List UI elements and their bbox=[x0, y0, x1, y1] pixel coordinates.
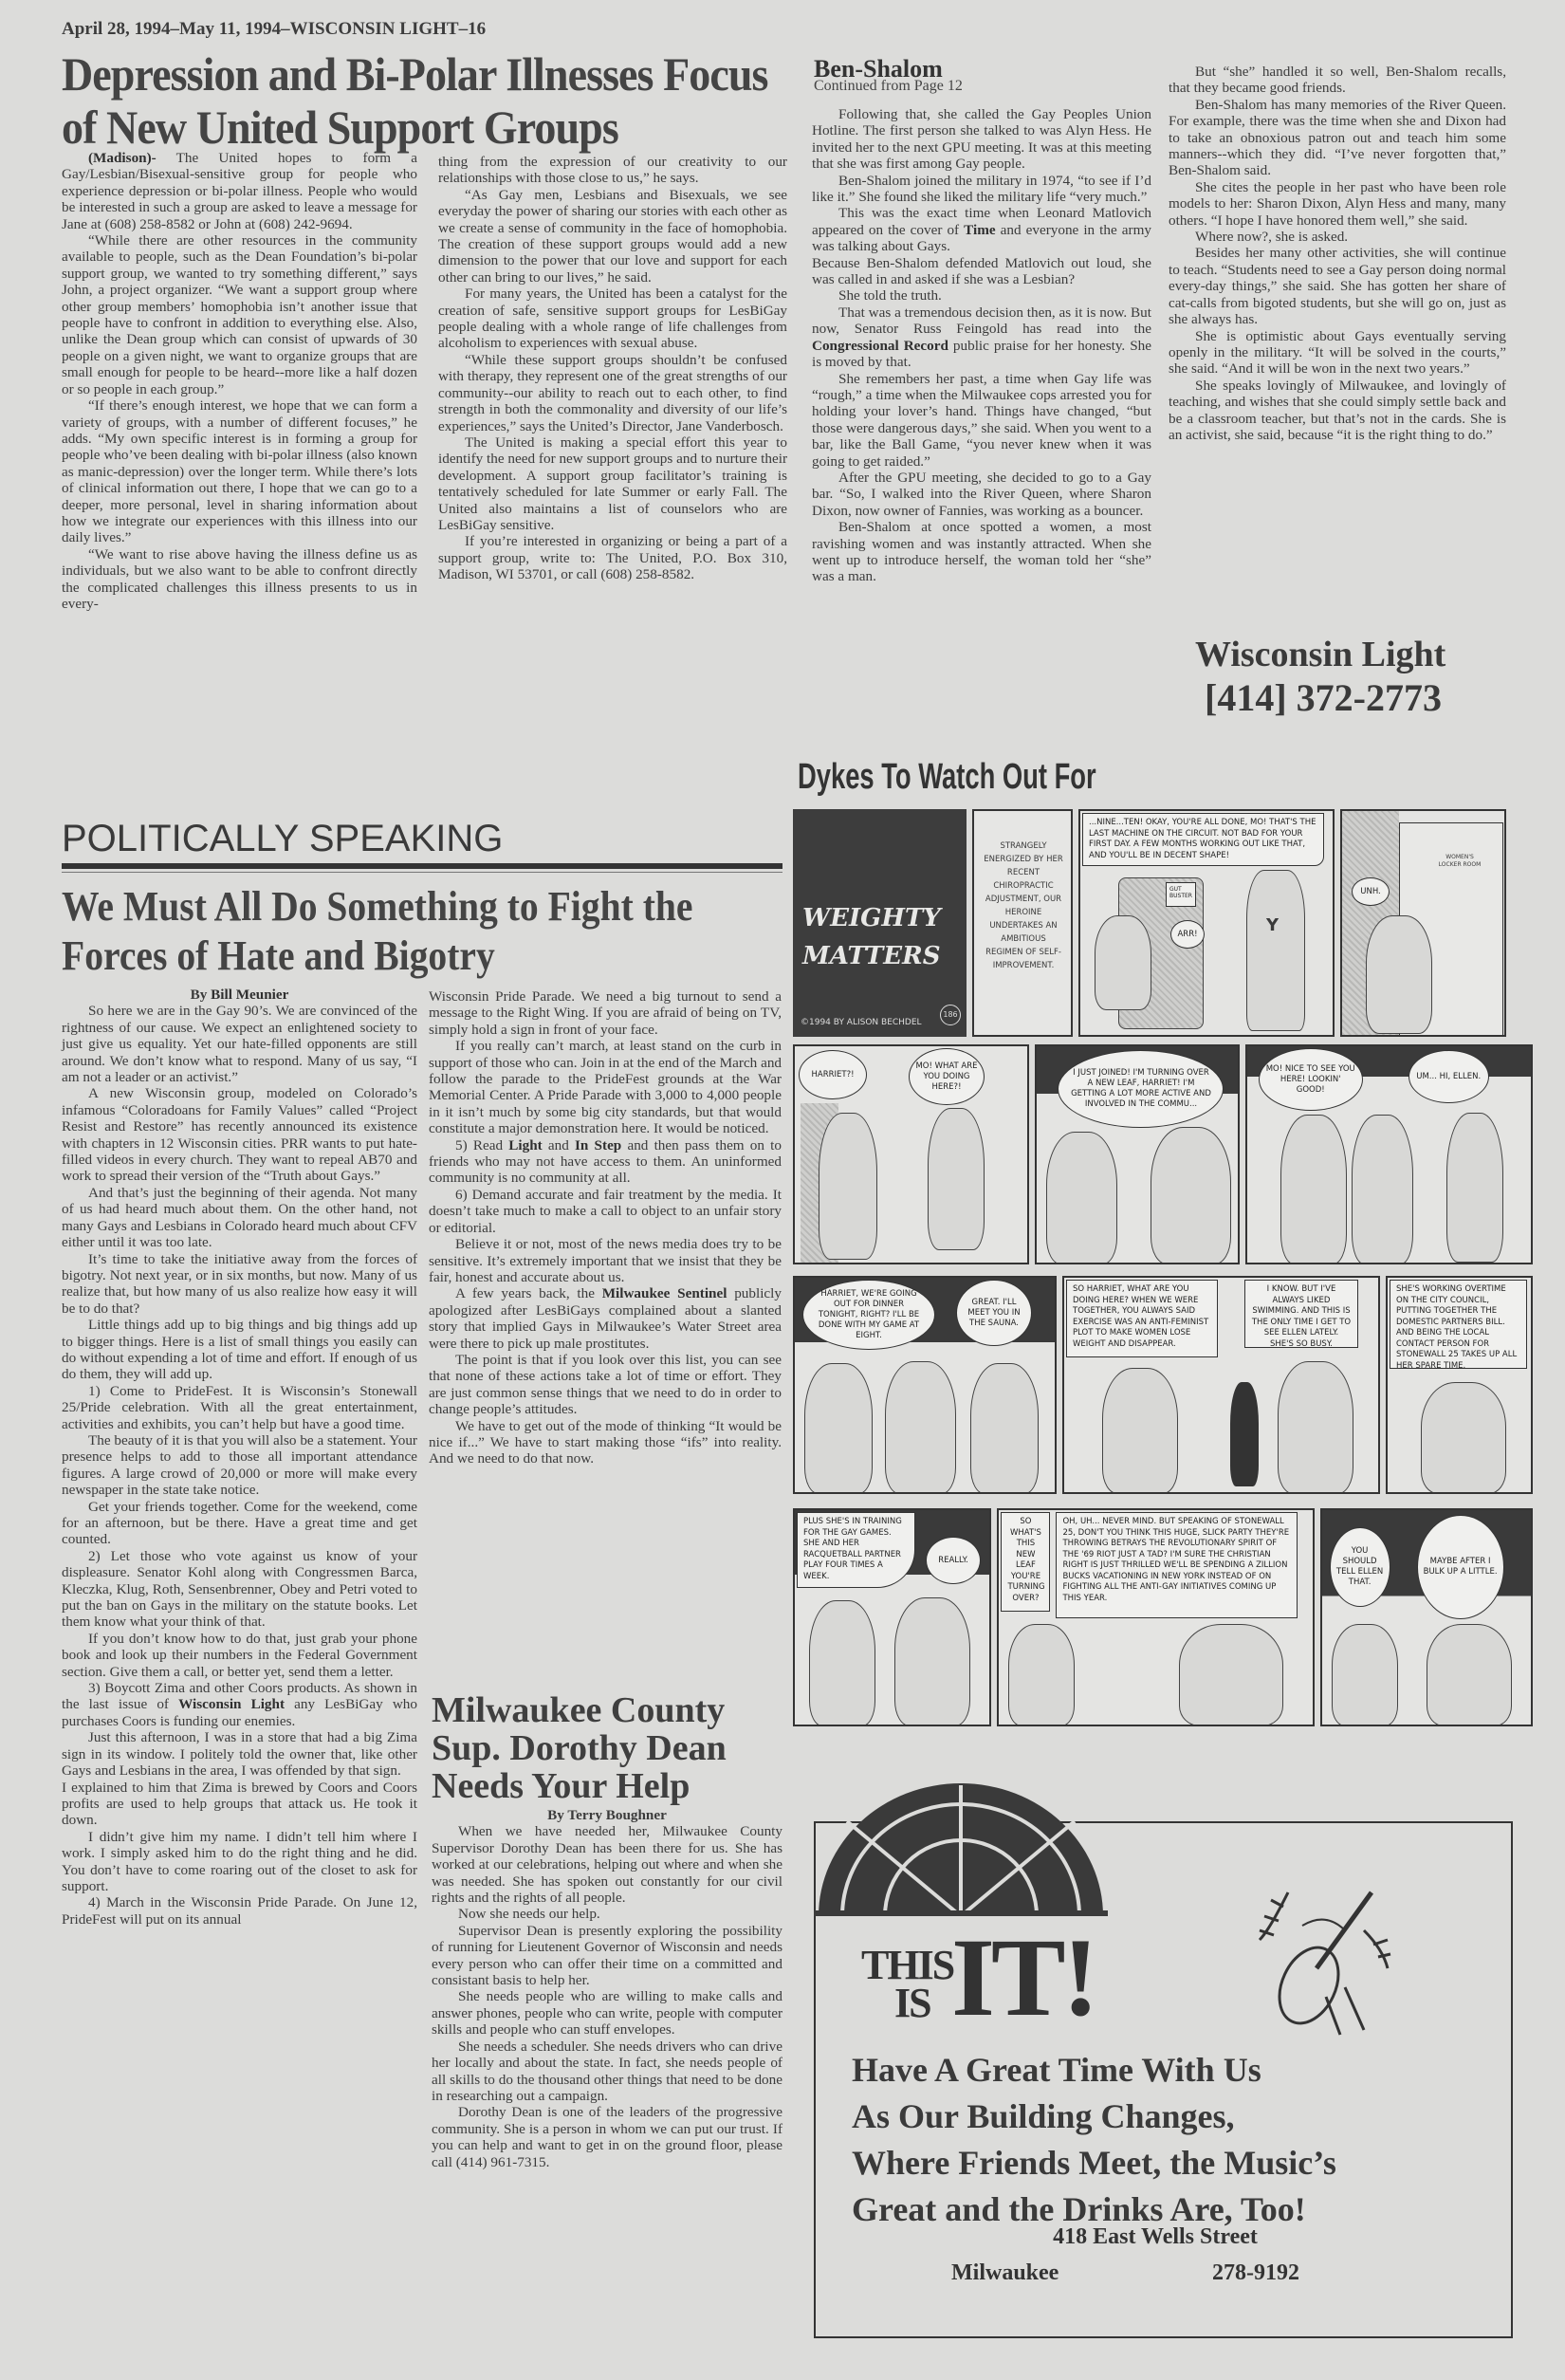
paragraph: “While there are other resources in the … bbox=[62, 232, 417, 397]
speech-ellen-dinner: HARRIET, WE'RE GOING OUT FOR DINNER TONI… bbox=[802, 1280, 935, 1350]
harriet-figure bbox=[885, 1361, 956, 1494]
paragraph: 1) Come to PrideFest. It is Wisconsin’s … bbox=[62, 1383, 417, 1432]
text-run: Believe it or not, most of the news medi… bbox=[429, 1236, 782, 1285]
text-run: thing from the expression of our creativ… bbox=[438, 154, 787, 186]
mo-figure bbox=[1179, 1624, 1283, 1726]
this-is-it-advertisement: THIS IS IT! Have A Great Time With Us As… bbox=[804, 1783, 1544, 2343]
dorothy-dean-article: By Terry Boughner When we have needed he… bbox=[432, 1807, 782, 2170]
byline: By Bill Meunier bbox=[62, 987, 417, 1003]
trainer-shirt-letter: Y bbox=[1266, 915, 1279, 935]
text-run: If you don’t know how to do that, just g… bbox=[62, 1631, 417, 1680]
section-rule bbox=[62, 863, 782, 869]
paragraph: “We want to rise above having the illnes… bbox=[62, 546, 417, 613]
depression-article-column-1: (Madison)- The United hopes to form a Ga… bbox=[62, 150, 417, 612]
paragraph: Following that, she called the Gay Peopl… bbox=[812, 106, 1151, 173]
harriet-figure bbox=[1278, 1361, 1353, 1494]
ad-tagline: Have A Great Time With Us As Our Buildin… bbox=[852, 2047, 1336, 2233]
bold-text: Wisconsin Light bbox=[178, 1696, 285, 1712]
paragraph: A few years back, the Milwaukee Sentinel… bbox=[429, 1285, 782, 1352]
text-run: Besides her many other activities, she w… bbox=[1169, 245, 1506, 327]
speech-harriet-sauna: GREAT. I'LL MEET YOU IN THE SAUNA. bbox=[956, 1280, 1032, 1346]
byline-prefix: By bbox=[191, 987, 212, 1003]
harriet-figure bbox=[928, 1108, 985, 1250]
text-run: 6) Demand accurate and fair treatment by… bbox=[429, 1187, 782, 1236]
mo-unh-bubble: UNH. bbox=[1352, 877, 1390, 906]
mo-figure bbox=[809, 1600, 875, 1726]
section-rule-thin bbox=[62, 872, 782, 873]
tagline-line-2: As Our Building Changes, bbox=[852, 2094, 1336, 2140]
paragraph: 5) Read Light and In Step and then pass … bbox=[429, 1137, 782, 1187]
text-run: Ben-Shalom has many memories of the Rive… bbox=[1169, 97, 1506, 179]
speech-harriet-swimming: I KNOW. BUT I'VE ALWAYS LIKED SWIMMING. … bbox=[1244, 1280, 1358, 1348]
paragraph: 3) Boycott Zima and other Coors products… bbox=[62, 1680, 417, 1729]
harriet-figure bbox=[1332, 1624, 1398, 1726]
text-run: For many years, the United has been a ca… bbox=[438, 286, 787, 351]
comic-title-panel: WEIGHTYMATTERS ©1994 BY ALISON BECHDEL 1… bbox=[793, 809, 967, 1037]
depression-headline: Depression and Bi-Polar Illnesses Focus … bbox=[62, 47, 786, 154]
paragraph: Little things add up to big things and b… bbox=[62, 1317, 417, 1383]
text-run: “We want to rise above having the illnes… bbox=[62, 546, 417, 612]
text-run: 4) March in the Wisconsin Pride Parade. … bbox=[62, 1894, 417, 1927]
paragraph: Wisconsin Pride Parade. We need a big tu… bbox=[429, 988, 782, 1038]
paragraph: Ben-Shalom joined the military in 1974, … bbox=[812, 173, 1151, 206]
comic-locker-door-panel: WOMEN'S LOCKER ROOM UNH. bbox=[1340, 809, 1506, 1037]
text-run: I didn’t give him my name. I didn’t tell… bbox=[62, 1829, 417, 1894]
paragraph: (Madison)- The United hopes to form a Ga… bbox=[62, 150, 417, 232]
ben-shalom-continued-note: Continued from Page 12 bbox=[814, 78, 963, 95]
paragraph: When we have needed her, Milwaukee Count… bbox=[432, 1823, 782, 1906]
paragraph: That was a tremendous decision then, as … bbox=[812, 304, 1151, 371]
trainer-speech: ...NINE...TEN! OKAY, YOU'RE ALL DONE, MO… bbox=[1082, 813, 1324, 866]
paragraph: She needs a scheduler. She needs drivers… bbox=[432, 2039, 782, 2105]
harriet-figure bbox=[1008, 1624, 1075, 1726]
text-run: Supervisor Dean is presently exploring t… bbox=[432, 1923, 782, 1988]
paragraph: If you really can’t march, at least stan… bbox=[429, 1038, 782, 1136]
paragraph: The beauty of it is that you will also b… bbox=[62, 1432, 417, 1499]
paragraph: Get your friends together. Come for the … bbox=[62, 1499, 417, 1548]
ad-phone: 278-9192 bbox=[1212, 2260, 1299, 2286]
mo-exhausted-figure bbox=[1366, 915, 1432, 1034]
text-run: and bbox=[543, 1137, 575, 1153]
paragraph: “While these support groups shouldn’t be… bbox=[438, 352, 787, 434]
text-run: “While these support groups shouldn’t be… bbox=[438, 352, 787, 434]
page-folio: April 28, 1994–May 11, 1994–WISCONSIN LI… bbox=[62, 19, 486, 40]
wisconsin-light-phone: [414] 372-2773 bbox=[1205, 675, 1442, 720]
trainer-figure bbox=[1246, 870, 1305, 1031]
harriet-arms-crossed-figure bbox=[1151, 1127, 1231, 1264]
paragraph: Ben-Shalom has many memories of the Rive… bbox=[1169, 97, 1506, 179]
bold-text: (Madison)- bbox=[88, 150, 156, 166]
paragraph: This was the exact time when Leonard Mat… bbox=[812, 205, 1151, 254]
speech-mo-joined: I JUST JOINED! I'M TURNING OVER A NEW LE… bbox=[1058, 1050, 1224, 1128]
text-run: Where now?, she is asked. bbox=[1195, 229, 1348, 245]
paragraph: Where now?, she is asked. bbox=[1169, 229, 1506, 245]
paragraph: “If there’s enough interest, we hope tha… bbox=[62, 397, 417, 546]
comic-copyright: ©1994 BY ALISON BECHDEL bbox=[801, 1018, 922, 1027]
episode-title-line-1: WEIGHTY bbox=[802, 899, 941, 937]
door-sign: WOMEN'S LOCKER ROOM bbox=[1437, 854, 1482, 869]
paragraph: 2) Let those who vote against us know of… bbox=[62, 1548, 417, 1631]
politically-speaking-column-1: By Bill Meunier So here we are in the Ga… bbox=[62, 987, 417, 1928]
paragraph: She speaks lovingly of Milwaukee, and lo… bbox=[1169, 378, 1506, 444]
text-run: If you’re interested in organizing or be… bbox=[438, 533, 787, 582]
mo-figure bbox=[970, 1363, 1039, 1494]
text-run: That was a tremendous decision then, as … bbox=[812, 304, 1151, 337]
mo-figure bbox=[819, 1113, 877, 1260]
politically-speaking-column-2: Wisconsin Pride Parade. We need a big tu… bbox=[429, 988, 782, 1467]
tagline-line-1: Have A Great Time With Us bbox=[852, 2047, 1336, 2094]
mo-figure bbox=[1102, 1368, 1178, 1494]
speech-mo-question: SO HARRIET, WHAT ARE YOU DOING HERE? WHE… bbox=[1066, 1280, 1218, 1357]
text-run: Ben-Shalom at once spotted a women, a mo… bbox=[812, 519, 1151, 584]
comic-panel-4-1: PLUS SHE'S IN TRAINING FOR THE GAY GAMES… bbox=[793, 1508, 991, 1726]
speech-harriet-mo: MO! WHAT ARE YOU DOING HERE?! bbox=[909, 1048, 985, 1105]
text-run: The beauty of it is that you will also b… bbox=[62, 1432, 417, 1498]
paragraph: She cites the people in her past who hav… bbox=[1169, 179, 1506, 229]
politically-speaking-headline: We Must All Do Something to Fight the Fo… bbox=[62, 882, 727, 981]
ad-address: 418 East Wells Street bbox=[804, 2224, 1506, 2250]
depression-article-column-2: thing from the expression of our creativ… bbox=[438, 154, 787, 583]
logo-it: IT! bbox=[951, 1926, 1095, 2030]
dorothy-dean-headline: Milwaukee County Sup. Dorothy Dean Needs… bbox=[432, 1691, 782, 1805]
wisconsin-light-name: Wisconsin Light bbox=[1195, 634, 1445, 675]
speech-ellen: MO! NICE TO SEE YOU HERE! LOOKIN' GOOD! bbox=[1259, 1048, 1363, 1111]
text-run: But “she” handled it so well, Ben-Shalom… bbox=[1169, 64, 1506, 96]
text-run: 1) Come to PrideFest. It is Wisconsin’s … bbox=[62, 1383, 417, 1432]
paragraph: We have to get out of the mode of thinki… bbox=[429, 1418, 782, 1467]
comic-row-2: HARRIET?! MO! WHAT ARE YOU DOING HERE?! … bbox=[793, 1044, 1533, 1264]
text-run: Dorothy Dean is one of the leaders of th… bbox=[432, 2104, 782, 2169]
text-run: 5) Read bbox=[455, 1137, 508, 1153]
paragraph: She remembers her past, a time when Gay … bbox=[812, 371, 1151, 470]
paragraph: If you’re interested in organizing or be… bbox=[438, 533, 787, 582]
text-run: Now she needs our help. bbox=[458, 1906, 600, 1922]
comic-panel-4-2: SO WHAT'S THIS NEW LEAF YOU'RE TURNING O… bbox=[997, 1508, 1314, 1726]
comic-gym-panel: ...NINE...TEN! OKAY, YOU'RE ALL DONE, MO… bbox=[1078, 809, 1335, 1037]
comic-panel-4-3: YOU SHOULD TELL ELLEN THAT. MAYBE AFTER … bbox=[1320, 1508, 1533, 1726]
paragraph: It’s time to take the initiative away fr… bbox=[62, 1251, 417, 1318]
mo-figure bbox=[1095, 915, 1151, 1010]
paragraph: Besides her many other activities, she w… bbox=[1169, 245, 1506, 327]
text-run: Wisconsin Pride Parade. We need a big tu… bbox=[429, 988, 782, 1038]
paragraph: 6) Demand accurate and fair treatment by… bbox=[429, 1187, 782, 1236]
speech-harriet-tell-ellen: YOU SHOULD TELL ELLEN THAT. bbox=[1330, 1527, 1390, 1607]
comic-row-1: WEIGHTYMATTERS ©1994 BY ALISON BECHDEL 1… bbox=[793, 809, 1533, 1037]
paragraph: The United is making a special effort th… bbox=[438, 434, 787, 533]
bold-text: Light bbox=[508, 1137, 542, 1153]
text-run: Get your friends together. Come for the … bbox=[62, 1499, 417, 1548]
paragraph: Dorothy Dean is one of the leaders of th… bbox=[432, 2104, 782, 2170]
text-run: Little things add up to big things and b… bbox=[62, 1317, 417, 1382]
text-run: She needs people who are willing to make… bbox=[432, 1988, 782, 2038]
text-run: After the GPU meeting, she decided to go… bbox=[812, 470, 1151, 519]
text-run: When we have needed her, Milwaukee Count… bbox=[432, 1823, 782, 1906]
text-run: She cites the people in her past who hav… bbox=[1169, 179, 1506, 229]
text-run: “If there’s enough interest, we hope tha… bbox=[62, 397, 417, 545]
text-run: Ben-Shalom joined the military in 1974, … bbox=[812, 173, 1151, 205]
paragraph: For many years, the United has been a ca… bbox=[438, 286, 787, 352]
paragraph: She is optimistic about Gays eventually … bbox=[1169, 328, 1506, 378]
speech-harriet-new-leaf: SO WHAT'S THIS NEW LEAF YOU'RE TURNING O… bbox=[1001, 1512, 1050, 1612]
text-run: The United is making a special effort th… bbox=[438, 434, 787, 533]
paragraph: After the GPU meeting, she decided to go… bbox=[812, 470, 1151, 519]
paragraph: But “she” handled it so well, Ben-Shalom… bbox=[1169, 64, 1506, 97]
comic-series-title: Dykes To Watch Out For bbox=[798, 757, 1096, 798]
speech-mo-really: REALLY. bbox=[926, 1537, 981, 1584]
text-run: I explained to him that Zima is brewed b… bbox=[62, 1780, 417, 1829]
episode-number: 186 bbox=[940, 1005, 961, 1025]
paragraph: The point is that if you look over this … bbox=[429, 1352, 782, 1418]
mo-figure bbox=[1446, 1113, 1503, 1263]
episode-title-line-2: MATTERS bbox=[802, 937, 941, 975]
comic-caption-panel: STRANGELY ENERGIZED BY HER RECENT CHIROP… bbox=[972, 809, 1073, 1037]
text-run: Because Ben-Shalom defended Matlovich ou… bbox=[812, 255, 1151, 287]
silhouette-figure bbox=[1230, 1382, 1259, 1486]
comic-panel-3-1: HARRIET, WE'RE GOING OUT FOR DINNER TONI… bbox=[793, 1276, 1057, 1494]
paragraph: Believe it or not, most of the news medi… bbox=[429, 1236, 782, 1285]
text-run: The point is that if you look over this … bbox=[429, 1352, 782, 1417]
harriet-figure bbox=[1421, 1382, 1506, 1494]
bold-text: Congressional Record bbox=[812, 338, 948, 354]
paragraph: 4) March in the Wisconsin Pride Parade. … bbox=[62, 1894, 417, 1928]
comic-panel-2-2: I JUST JOINED! I'M TURNING OVER A NEW LE… bbox=[1035, 1044, 1239, 1264]
paragraph: So here we are in the Gay 90’s. We are c… bbox=[62, 1003, 417, 1085]
newspaper-page: April 28, 1994–May 11, 1994–WISCONSIN LI… bbox=[0, 0, 1565, 2380]
caption-ellen-busy: SHE'S WORKING OVERTIME ON THE CITY COUNC… bbox=[1390, 1280, 1527, 1369]
byline-author: Bill Meunier bbox=[211, 987, 288, 1003]
mandolin-laurel-icon bbox=[1250, 1873, 1392, 2039]
text-run: If you really can’t march, at least stan… bbox=[429, 1038, 782, 1136]
text-run: “While there are other resources in the … bbox=[62, 232, 417, 397]
speech-mo-bulk-up: MAYBE AFTER I BULK UP A LITTLE. bbox=[1417, 1515, 1504, 1619]
paragraph: Ben-Shalom at once spotted a women, a mo… bbox=[812, 519, 1151, 585]
text-run: Just this afternoon, I was in a store th… bbox=[62, 1729, 417, 1779]
speech-mo-um: UM... HI, ELLEN. bbox=[1408, 1050, 1489, 1103]
comic-panel-2-3: MO! NICE TO SEE YOU HERE! LOOKIN' GOOD! … bbox=[1245, 1044, 1533, 1264]
speech-harriet-gay-games: PLUS SHE'S IN TRAINING FOR THE GAY GAMES… bbox=[797, 1512, 915, 1588]
mo-towel-figure bbox=[1046, 1132, 1117, 1264]
mo-grunt-bubble: ARR! bbox=[1170, 920, 1205, 949]
section-title-politically-speaking: POLITICALLY SPEAKING bbox=[62, 818, 503, 860]
text-run: It’s time to take the initiative away fr… bbox=[62, 1251, 417, 1317]
ben-shalom-column-2: But “she” handled it so well, Ben-Shalom… bbox=[1169, 64, 1506, 443]
paragraph: Just this afternoon, I was in a store th… bbox=[62, 1729, 417, 1779]
arched-window-icon bbox=[814, 1783, 1108, 1916]
bold-text: Milwaukee Sentinel bbox=[602, 1285, 727, 1301]
ellen-figure bbox=[804, 1363, 873, 1494]
paragraph: thing from the expression of our creativ… bbox=[438, 154, 787, 187]
speech-mo-stonewall: OH, UH... NEVER MIND. BUT SPEAKING OF ST… bbox=[1056, 1512, 1298, 1618]
episode-title: WEIGHTYMATTERS bbox=[802, 899, 941, 975]
comic-panel-3-3: SHE'S WORKING OVERTIME ON THE CITY COUNC… bbox=[1386, 1276, 1533, 1494]
ben-shalom-column-1: Following that, she called the Gay Peopl… bbox=[812, 106, 1151, 585]
mo-flexing-figure bbox=[1427, 1624, 1512, 1726]
paragraph: She needs people who are willing to make… bbox=[432, 1988, 782, 2038]
text-run: “As Gay men, Lesbians and Bisexuals, we … bbox=[438, 187, 787, 286]
text-run: And that’s just the beginning of their a… bbox=[62, 1185, 417, 1250]
ad-city: Milwaukee bbox=[951, 2260, 1059, 2286]
text-run: So here we are in the Gay 90’s. We are c… bbox=[62, 1003, 417, 1085]
logo-is: IS bbox=[894, 1983, 930, 2024]
paragraph: Because Ben-Shalom defended Matlovich ou… bbox=[812, 255, 1151, 288]
paragraph: I didn’t give him my name. I didn’t tell… bbox=[62, 1829, 417, 1895]
paragraph: She told the truth. bbox=[812, 287, 1151, 304]
text-run: She needs a scheduler. She needs drivers… bbox=[432, 2039, 782, 2104]
text-run: Following that, she called the Gay Peopl… bbox=[812, 106, 1151, 172]
comic-caption: STRANGELY ENERGIZED BY HER RECENT CHIROP… bbox=[982, 839, 1065, 972]
text-run: 2) Let those who vote against us know of… bbox=[62, 1548, 417, 1631]
paragraph: “As Gay men, Lesbians and Bisexuals, we … bbox=[438, 187, 787, 286]
text-run: She told the truth. bbox=[838, 287, 942, 304]
text-run: A new Wisconsin group, modeled on Colora… bbox=[62, 1085, 417, 1184]
text-run: She is optimistic about Gays eventually … bbox=[1169, 328, 1506, 378]
harriet-figure bbox=[1352, 1115, 1413, 1264]
speech-harriet: HARRIET?! bbox=[799, 1050, 867, 1099]
paragraph: If you don’t know how to do that, just g… bbox=[62, 1631, 417, 1680]
paragraph: I explained to him that Zima is brewed b… bbox=[62, 1780, 417, 1829]
harriet-figure bbox=[894, 1597, 970, 1726]
comic-panel-3-2: SO HARRIET, WHAT ARE YOU DOING HERE? WHE… bbox=[1062, 1276, 1380, 1494]
comic-panel-2-1: HARRIET?! MO! WHAT ARE YOU DOING HERE?! bbox=[793, 1044, 1029, 1264]
bold-text: Time bbox=[964, 222, 995, 238]
bold-text: In Step bbox=[575, 1137, 621, 1153]
comic-row-3: HARRIET, WE'RE GOING OUT FOR DINNER TONI… bbox=[793, 1276, 1533, 1494]
text-run: We have to get out of the mode of thinki… bbox=[429, 1418, 782, 1467]
paragraph: A new Wisconsin group, modeled on Colora… bbox=[62, 1085, 417, 1184]
text-run: She speaks lovingly of Milwaukee, and lo… bbox=[1169, 378, 1506, 443]
paragraph: Now she needs our help. bbox=[432, 1906, 782, 1922]
text-run: A few years back, the bbox=[455, 1285, 602, 1301]
paragraph: And that’s just the beginning of their a… bbox=[62, 1185, 417, 1251]
comic-row-4: PLUS SHE'S IN TRAINING FOR THE GAY GAMES… bbox=[793, 1508, 1533, 1726]
machine-sign: GUT BUSTER bbox=[1166, 882, 1196, 907]
dean-byline: By Terry Boughner bbox=[432, 1807, 782, 1823]
ellen-figure bbox=[1280, 1115, 1347, 1264]
paragraph: Supervisor Dean is presently exploring t… bbox=[432, 1923, 782, 1989]
tagline-line-3: Where Friends Meet, the Music’s bbox=[852, 2140, 1336, 2186]
text-run: She remembers her past, a time when Gay … bbox=[812, 371, 1151, 470]
